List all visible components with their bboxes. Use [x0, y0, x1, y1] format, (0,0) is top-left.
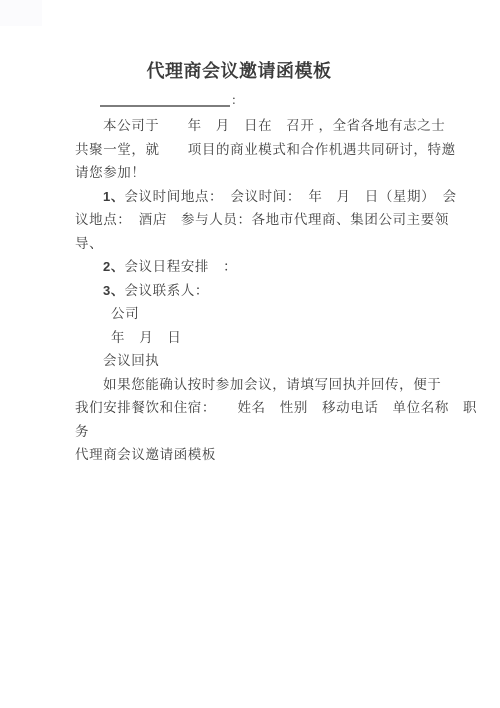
- line-number: 1、: [103, 189, 124, 204]
- line-text: 公司: [111, 306, 139, 321]
- line-text: 我们安排餐饮和住宿： 姓名 性别 移动电话 单位名称 职: [75, 400, 477, 415]
- line-text: 会议回执: [103, 353, 159, 368]
- line-text: 本公司于 年 月 日在 召开 ，全省各地有志之士: [103, 118, 445, 133]
- body-line: 共聚一堂，就 项目的商业模式和合作机遇共同研讨，特邀: [75, 138, 447, 162]
- line-number: 2、: [103, 259, 124, 274]
- body-line: 请您参加！: [75, 161, 447, 185]
- document-title: 代理商会议邀请函模板: [0, 58, 478, 84]
- body-line: 2、会议日程安排 ：: [75, 255, 447, 279]
- body-line: 务: [75, 420, 447, 444]
- scan-corner-artifact: [0, 0, 42, 26]
- footer-title-line: 代理商会议邀请函模板: [75, 443, 447, 467]
- line-text: 共聚一堂，就 项目的商业模式和合作机遇共同研讨，特邀: [75, 142, 456, 157]
- body-line: 本公司于 年 月 日在 召开 ，全省各地有志之士: [75, 114, 447, 138]
- body-line: 1、会议时间地点： 会议时间： 年 月 日（星期） 会: [75, 185, 447, 209]
- line-text: 年 月 日: [111, 330, 182, 345]
- line-text: 会议联系人：: [124, 283, 209, 298]
- body-line: 3、会议联系人：: [75, 279, 447, 303]
- line-text: 会议日程安排 ：: [124, 259, 237, 274]
- salutation-underline-blank: [100, 92, 230, 107]
- line-text: 议地点： 酒店 参与人员：各地市代理商、集团公司主要领: [75, 212, 449, 227]
- line-text: 导、: [75, 236, 103, 251]
- body-line: 公司: [75, 302, 447, 326]
- body-line: 会议回执: [75, 349, 447, 373]
- line-number: 3、: [103, 283, 124, 298]
- body-line: 年 月 日: [75, 326, 447, 350]
- line-text: 如果您能确认按时参加会议，请填写回执并回传，便于: [103, 377, 441, 392]
- line-text: 务: [75, 424, 89, 439]
- line-text: 会议时间地点： 会议时间： 年 月 日（星期） 会: [124, 189, 456, 204]
- salutation-colon: :: [230, 92, 236, 107]
- salutation-line: :: [100, 92, 236, 108]
- body-line: 导、: [75, 232, 447, 256]
- body-line: 如果您能确认按时参加会议，请填写回执并回传，便于: [75, 373, 447, 397]
- line-text: 代理商会议邀请函模板: [75, 447, 216, 462]
- line-text: 请您参加！: [75, 165, 146, 180]
- document-body: 本公司于 年 月 日在 召开 ，全省各地有志之士 共聚一堂，就 项目的商业模式和…: [75, 114, 447, 467]
- body-line: 我们安排餐饮和住宿： 姓名 性别 移动电话 单位名称 职: [75, 396, 447, 420]
- document-page: 代理商会议邀请函模板 : 本公司于 年 月 日在 召开 ，全省各地有志之士 共聚…: [0, 0, 500, 708]
- body-line: 议地点： 酒店 参与人员：各地市代理商、集团公司主要领: [75, 208, 447, 232]
